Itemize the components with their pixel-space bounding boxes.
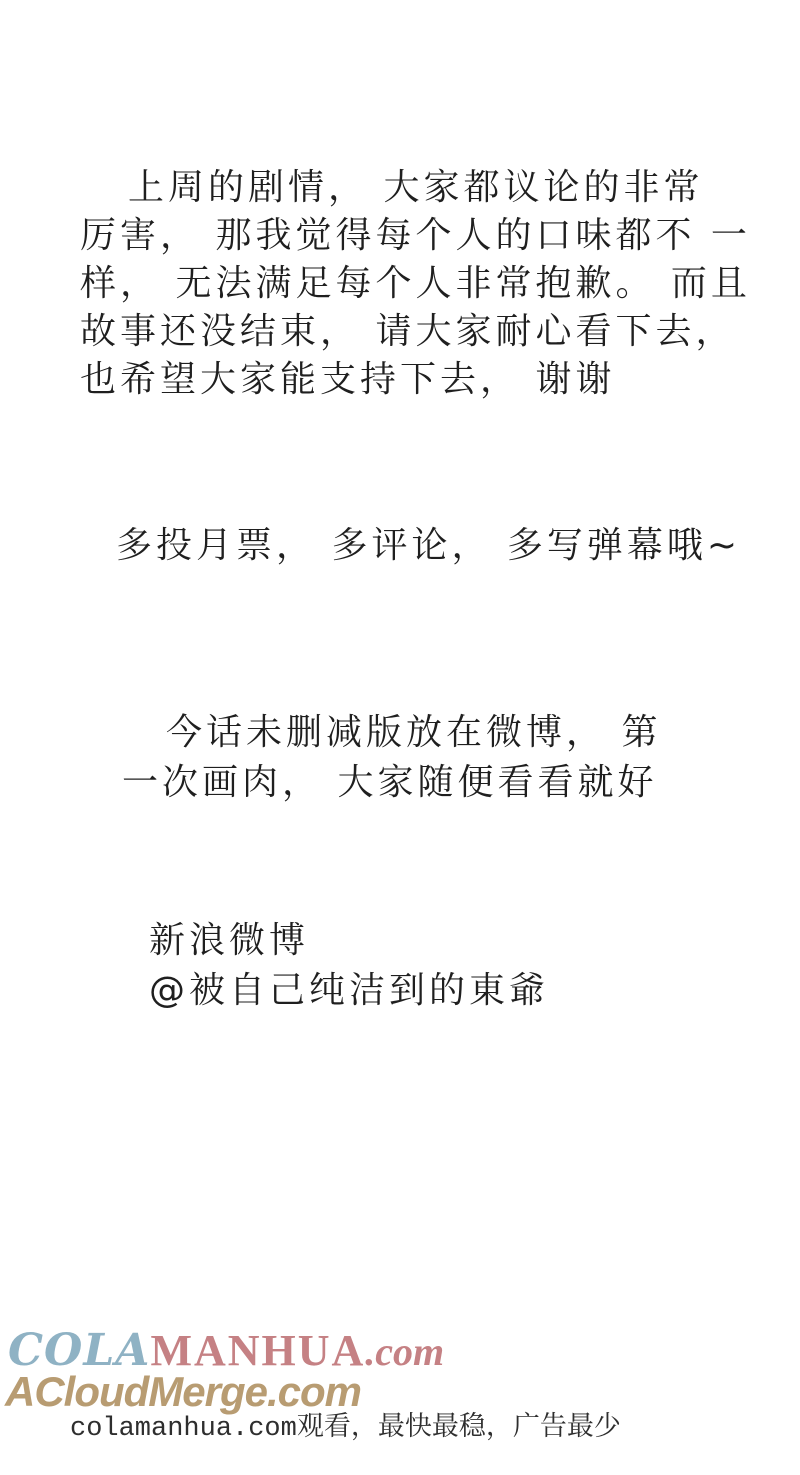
author-weibo-info: 新浪微博 @被自己纯洁到的東爺 — [149, 916, 549, 1016]
footer-tagline: colamanhua.com观看，最快最稳，广告最少 — [70, 1412, 621, 1446]
note-line: 样， 无法满足每个人非常抱歉。 而且 — [80, 260, 751, 308]
note-line: 也希望大家能支持下去， 谢谢 — [80, 356, 751, 404]
author-note-paragraph-2: 多投月票， 多评论， 多写弹幕哦~ — [116, 522, 741, 570]
note-line: 多投月票， 多评论， 多写弹幕哦~ — [116, 522, 741, 570]
author-note-paragraph-3: 今话未删减版放在微博， 第 一次画肉， 大家随便看看就好 — [122, 708, 661, 808]
weibo-handle: @被自己纯洁到的東爺 — [149, 966, 549, 1016]
note-line: 一次画肉， 大家随便看看就好 — [122, 758, 661, 808]
watermark-colamanhua-suffix: .com — [365, 1329, 444, 1374]
note-line: 厉害， 那我觉得每个人的口味都不 一 — [80, 212, 751, 260]
note-line: 故事还没结束， 请大家耐心看下去， — [80, 308, 751, 356]
comic-author-note-page: 上周的剧情， 大家都议论的非常 厉害， 那我觉得每个人的口味都不 一 样， 无法… — [0, 0, 800, 1475]
weibo-platform-label: 新浪微博 — [149, 916, 549, 966]
note-line: 今话未删减版放在微博， 第 — [122, 708, 661, 758]
watermark-acloudmerge: ACloudMerge.com — [5, 1370, 361, 1414]
author-note-paragraph-1: 上周的剧情， 大家都议论的非常 厉害， 那我觉得每个人的口味都不 一 样， 无法… — [80, 164, 751, 404]
note-line: 上周的剧情， 大家都议论的非常 — [80, 164, 751, 212]
